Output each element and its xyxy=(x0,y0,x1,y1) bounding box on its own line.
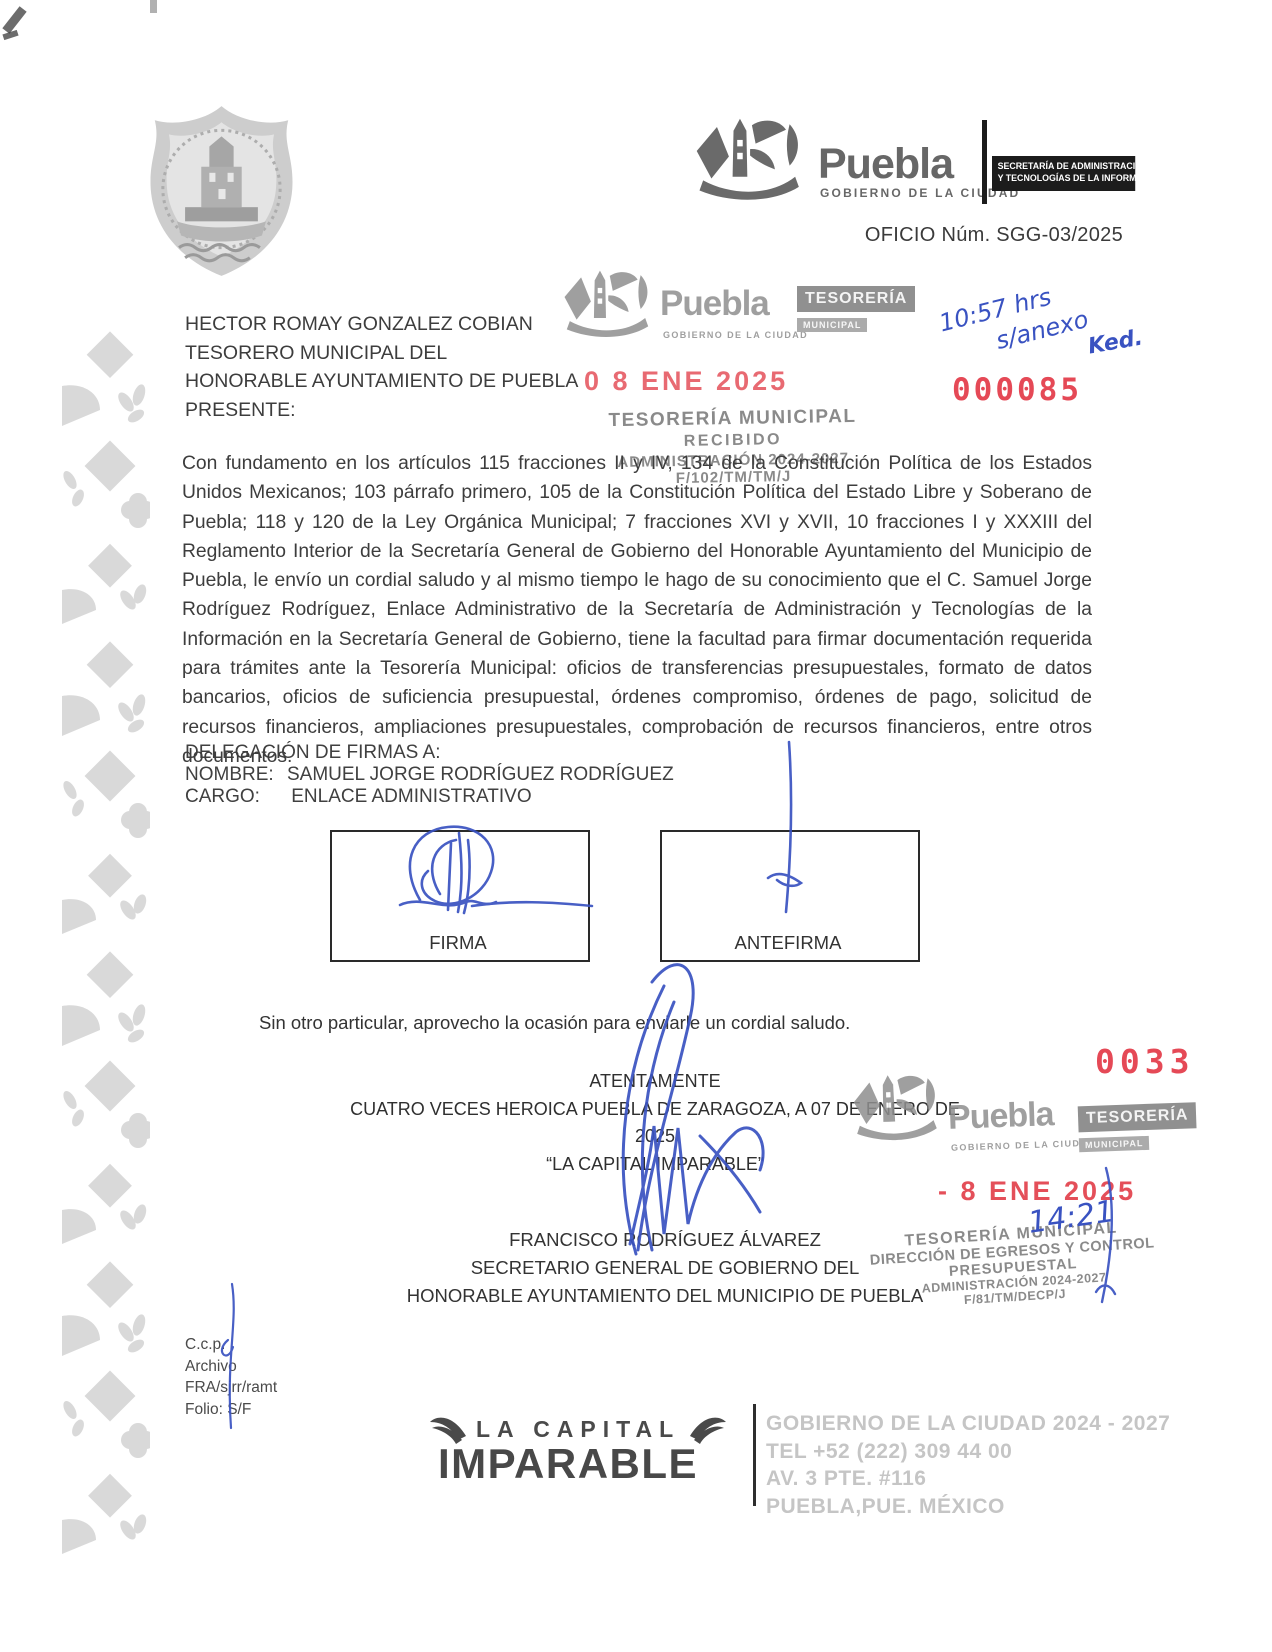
delegation-role-label: CARGO: xyxy=(185,786,260,807)
ccp-line: C.c.p. xyxy=(185,1334,277,1356)
ccp-line: Archivo xyxy=(185,1356,277,1378)
footer-info-line: TEL +52 (222) 309 44 00 xyxy=(766,1438,1170,1466)
scanned-oficio-document: Puebla GOBIERNO DE LA CIUDAD SECRETARÍA … xyxy=(0,0,1272,1652)
footer-info-line: AV. 3 PTE. #116 xyxy=(766,1465,1170,1493)
footer-logo-line1: LA CAPITAL xyxy=(476,1416,680,1443)
puebla-logo-icon xyxy=(686,116,816,208)
scan-artifact xyxy=(150,0,157,13)
footer-contact-block: GOBIERNO DE LA CIUDAD 2024 - 2027 TEL +5… xyxy=(766,1410,1170,1520)
signer-block: FRANCISCO RODRÍGUEZ ÁLVAREZ SECRETARIO G… xyxy=(400,1226,930,1310)
delegation-role: ENLACE ADMINISTRATIVO xyxy=(291,786,531,807)
footer-divider xyxy=(753,1404,756,1506)
talavera-border-pattern xyxy=(54,328,154,1568)
addressee-name: HECTOR ROMAY GONZALEZ COBIAN xyxy=(185,310,578,339)
firma-label: FIRMA xyxy=(330,932,586,954)
puebla-wordmark: Puebla xyxy=(818,140,953,189)
stamp-puebla-logo-icon xyxy=(848,1069,947,1150)
scan-artifact xyxy=(2,30,18,40)
signer-title1: SECRETARIO GENERAL DE GOBIERNO DEL xyxy=(400,1254,930,1282)
stamp-date: 0 8 ENE 2025 xyxy=(584,366,788,397)
dept-line2: Y TECNOLOGÍAS DE LA INFORMACIÓN xyxy=(998,173,1130,185)
oficio-number: OFICIO Núm. SGG-03/2025 xyxy=(820,224,1123,247)
signer-title2: HONORABLE AYUNTAMIENTO DEL MUNICIPIO DE … xyxy=(400,1282,930,1310)
footer-info-line: GOBIERNO DE LA CIUDAD 2024 - 2027 xyxy=(766,1410,1170,1438)
farewell-line: Sin otro particular, aprovecho la ocasió… xyxy=(259,1012,850,1034)
puebla-coat-of-arms xyxy=(138,100,306,282)
addressee-title: TESORERO MUNICIPAL DEL xyxy=(185,339,578,368)
stamp-office-box2: MUNICIPAL xyxy=(1079,1136,1150,1152)
addressee-entity: HONORABLE AYUNTAMIENTO DE PUEBLA xyxy=(185,367,578,396)
stamp-puebla-tagline: GOBIERNO DE LA CIUDAD xyxy=(951,1138,1096,1153)
addressee-block: HECTOR ROMAY GONZALEZ COBIAN TESORERO MU… xyxy=(185,310,578,424)
stamp-puebla-wordmark: Puebla xyxy=(660,284,769,324)
stamp-puebla-wordmark: Puebla xyxy=(947,1095,1054,1138)
puebla-tagline: GOBIERNO DE LA CIUDAD xyxy=(820,186,1020,200)
ccp-line: Folio: S/F xyxy=(185,1399,277,1421)
received-stamp-bottom: Puebla GOBIERNO DE LA CIUDAD TESORERÍA M… xyxy=(848,1060,1211,1173)
stamp-puebla-tagline: GOBIERNO DE LA CIUDAD xyxy=(663,330,808,340)
signer-name: FRANCISCO RODRÍGUEZ ÁLVAREZ xyxy=(400,1226,930,1254)
ccp-block: C.c.p. Archivo FRA/sjrr/ramt Folio: S/F xyxy=(185,1334,277,1420)
dept-name-box: SECRETARÍA DE ADMINISTRACIÓN Y TECNOLOGÍ… xyxy=(992,156,1135,191)
stamp-office-box: TESORERÍA xyxy=(797,286,915,312)
ccp-line: FRA/sjrr/ramt xyxy=(185,1377,277,1399)
stamp-office-box2: MUNICIPAL xyxy=(797,318,867,332)
stamp-office-box: TESORERÍA xyxy=(1078,1102,1197,1132)
addressee-presente: PRESENTE: xyxy=(185,396,578,425)
footer-info-line: PUEBLA,PUE. MÉXICO xyxy=(766,1493,1170,1521)
antefirma-label: ANTEFIRMA xyxy=(660,932,916,954)
body-paragraph: Con fundamento en los artículos 115 frac… xyxy=(182,449,1092,771)
dept-line1: SECRETARÍA DE ADMINISTRACIÓN xyxy=(998,161,1130,173)
stamp-puebla-logo-icon xyxy=(560,266,658,346)
footer-logo-line2: IMPARABLE xyxy=(438,1440,698,1488)
dept-divider-bar xyxy=(982,120,987,204)
